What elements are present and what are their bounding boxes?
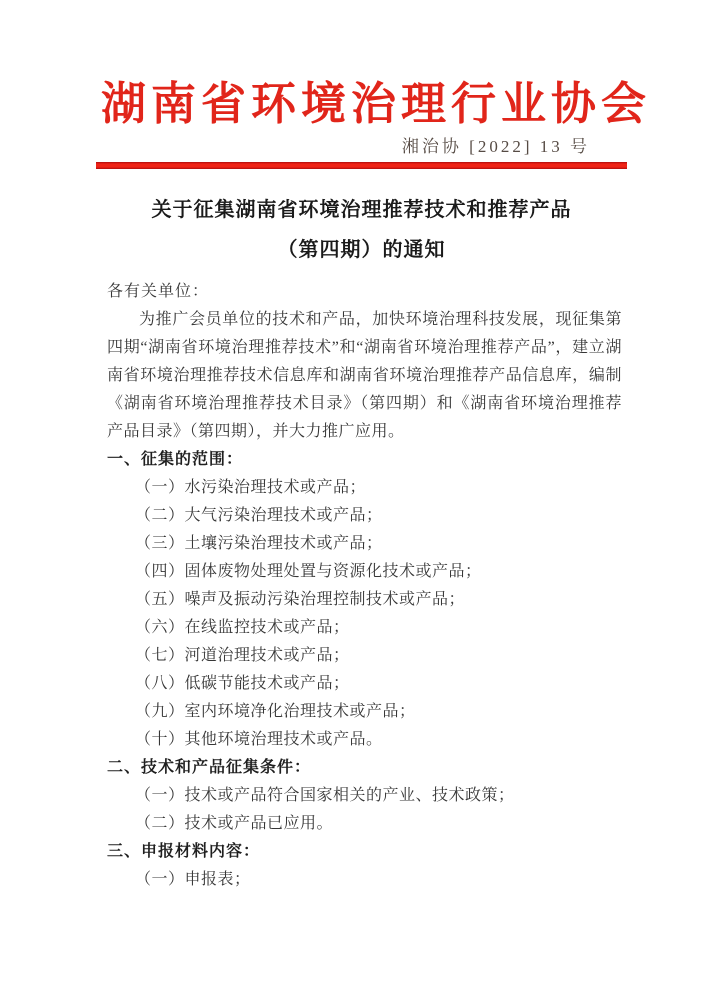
section-heading-scope: 一、征集的范围： <box>107 446 622 474</box>
intro-paragraph: 为推广会员单位的技术和产品，加快环境治理科技发展，现征集第四期“湖南省环境治理推… <box>107 306 622 446</box>
doc-number: 湘治协 [2022] 13 号 <box>96 137 627 157</box>
list-item: （二）大气污染治理技术或产品； <box>107 502 622 530</box>
doc-body: 各有关单位： 为推广会员单位的技术和产品，加快环境治理科技发展，现征集第四期“湖… <box>107 278 622 894</box>
document-page: 湖南省环境治理行业协会 湘治协 [2022] 13 号 关于征集湖南省环境治理推… <box>96 0 627 894</box>
list-item: （八）低碳节能技术或产品； <box>107 670 622 698</box>
scanned-notice-document: { "page": { "org_title": "湖南省环境治理行业协会", … <box>0 0 707 1000</box>
list-item: （一）技术或产品符合国家相关的产业、技术政策； <box>107 782 622 810</box>
list-item: （四）固体废物处理处置与资源化技术或产品； <box>107 558 622 586</box>
org-title: 湖南省环境治理行业协会 <box>96 78 627 130</box>
list-item: （一）申报表； <box>107 866 622 894</box>
list-item: （七）河道治理技术或产品； <box>107 642 622 670</box>
list-item: （九）室内环境净化治理技术或产品； <box>107 698 622 726</box>
section-heading-conditions: 二、技术和产品征集条件： <box>107 754 622 782</box>
list-item: （三）土壤污染治理技术或产品； <box>107 530 622 558</box>
doc-title-line2: （第四期）的通知 <box>96 230 627 270</box>
doc-title-line1: 关于征集湖南省环境治理推荐技术和推荐产品 <box>96 190 627 230</box>
red-divider-rule <box>96 162 627 169</box>
list-item: （五）噪声及振动污染治理控制技术或产品； <box>107 586 622 614</box>
list-item: （二）技术或产品已应用。 <box>107 810 622 838</box>
list-item: （六）在线监控技术或产品； <box>107 614 622 642</box>
doc-title: 关于征集湖南省环境治理推荐技术和推荐产品 （第四期）的通知 <box>96 190 627 270</box>
salutation: 各有关单位： <box>107 278 622 306</box>
list-item: （一）水污染治理技术或产品； <box>107 474 622 502</box>
section-heading-materials: 三、申报材料内容： <box>107 838 622 866</box>
list-item: （十）其他环境治理技术或产品。 <box>107 726 622 754</box>
